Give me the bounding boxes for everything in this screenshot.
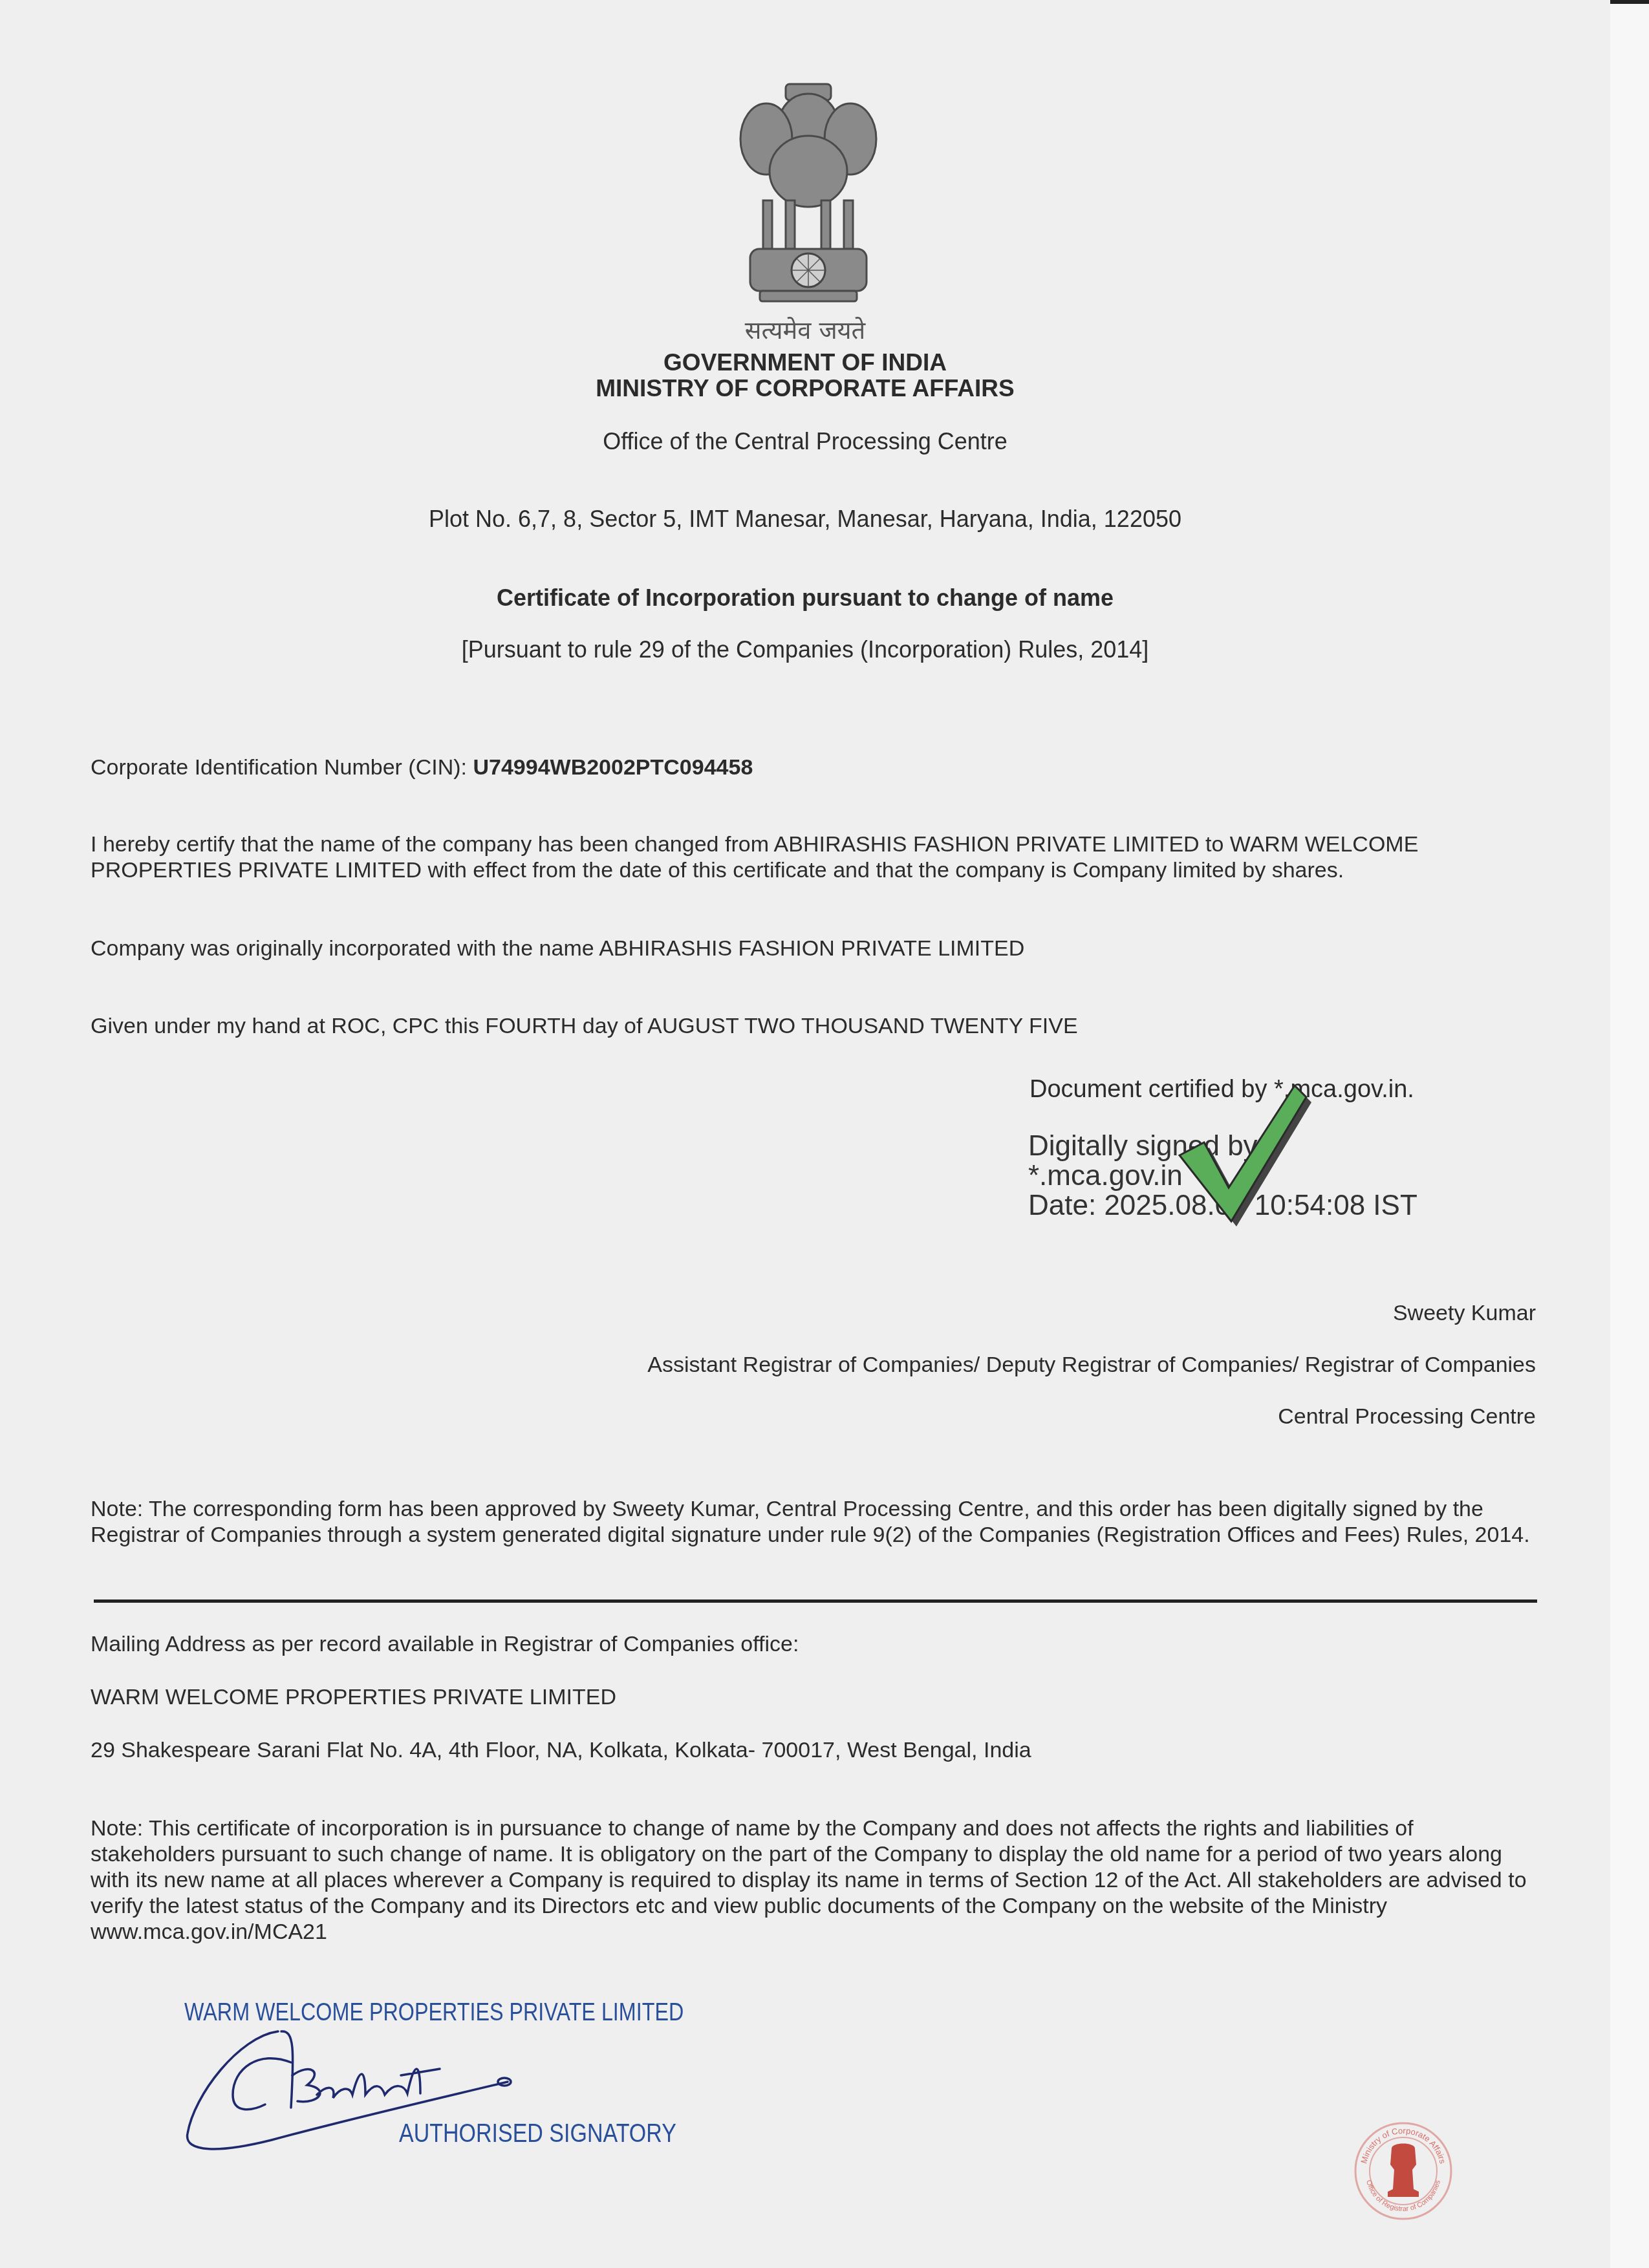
cin-line: Corporate Identification Number (CIN): U… bbox=[91, 755, 753, 780]
certificate-subtitle: [Pursuant to rule 29 of the Companies (I… bbox=[0, 636, 1610, 663]
emblem-motto: सत्यमेव जयते bbox=[0, 313, 1610, 347]
change-of-name-note: Note: This certificate of incorporation … bbox=[91, 1815, 1539, 1945]
office-address: Plot No. 6,7, 8, Sector 5, IMT Manesar, … bbox=[0, 506, 1610, 533]
signer-domain: *.mca.gov.in bbox=[1028, 1160, 1183, 1192]
government-heading: GOVERNMENT OF INDIA bbox=[0, 349, 1610, 376]
registrar-designation: Assistant Registrar of Companies/ Deputy… bbox=[647, 1353, 1536, 1378]
certify-paragraph: I hereby certify that the name of the co… bbox=[91, 831, 1539, 883]
registrar-name: Sweety Kumar bbox=[1393, 1301, 1536, 1326]
signature-valid-check-icon bbox=[1177, 1083, 1326, 1232]
mailing-company-name: WARM WELCOME PROPERTIES PRIVATE LIMITED bbox=[91, 1685, 616, 1710]
registrar-office: Central Processing Centre bbox=[1278, 1404, 1536, 1429]
certificate-title: Certificate of Incorporation pursuant to… bbox=[0, 584, 1610, 612]
national-emblem-icon bbox=[731, 78, 886, 310]
mailing-address-label: Mailing Address as per record available … bbox=[91, 1632, 799, 1657]
ministry-heading: MINISTRY OF CORPORATE AFFAIRS bbox=[0, 375, 1610, 402]
original-name-text: Company was originally incorporated with… bbox=[91, 936, 1024, 961]
cin-label: Corporate Identification Number (CIN): bbox=[91, 755, 473, 780]
company-stamp-name: WARM WELCOME PROPERTIES PRIVATE LIMITED bbox=[184, 1999, 684, 2027]
authorised-signatory-label: AUTHORISED SIGNATORY bbox=[399, 2119, 676, 2148]
section-divider bbox=[94, 1599, 1537, 1603]
scan-edge-mark bbox=[1610, 0, 1649, 4]
office-name: Office of the Central Processing Centre bbox=[0, 428, 1610, 455]
scan-edge bbox=[1610, 0, 1649, 2268]
roc-seal-icon: Ministry of Corporate Affairs Office of … bbox=[1352, 2119, 1455, 2223]
given-under-hand-text: Given under my hand at ROC, CPC this FOU… bbox=[91, 1014, 1078, 1039]
mailing-address: 29 Shakespeare Sarani Flat No. 4A, 4th F… bbox=[91, 1738, 1031, 1763]
approval-note: Note: The corresponding form has been ap… bbox=[91, 1496, 1539, 1548]
cin-value: U74994WB2002PTC094458 bbox=[473, 755, 753, 780]
